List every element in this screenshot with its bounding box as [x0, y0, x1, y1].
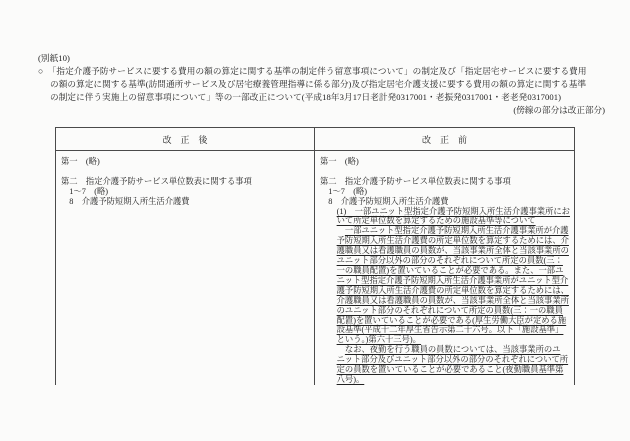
text-line: 8 介護予防短期入所生活介護費: [320, 197, 570, 207]
text-line: 介護職員又は看護職員の員数が、当該事業所全体と当該事業所: [320, 296, 570, 306]
text-line: 予防短期入所生活介護費の所定単位数を算定するためには、介: [320, 236, 570, 246]
text-line: いて所定単位数を算定するための施設基準等について: [320, 216, 570, 226]
attachment-label: (別紙10): [38, 52, 605, 65]
comparison-table-body: 第一 (略) 第二 指定介護予防サービス単位数表に関する事項 1～7 (略) 8…: [56, 151, 574, 385]
comparison-table: 改 正 後 改 正 前 第一 (略) 第二 指定介護予防サービス単位数表に関する…: [55, 127, 575, 385]
document-title-line-3: の制定に伴う実施上の留意事項について」等の一部改正について(平成18年3月17日…: [38, 91, 605, 104]
text-line: 8 介護予防短期入所生活介護費: [61, 197, 310, 207]
text-line: (1) 一部ユニット型指定介護予防短期入所生活介護事業所にお: [320, 207, 570, 217]
revised-before-column: 第一 (略) 第二 指定介護予防サービス単位数表に関する事項 1～7 (略) 8…: [315, 151, 574, 385]
text-line: ニット部分及びユニット部分以外の部分のそれぞれについて所: [320, 355, 570, 365]
text-line: 配置)を置いていることが必要である(厚生労働大臣が定める施: [320, 316, 570, 326]
text-line: という。)第六十三号)。: [320, 335, 570, 345]
revised-after-column: 第一 (略) 第二 指定介護予防サービス単位数表に関する事項 1～7 (略) 8…: [56, 151, 315, 385]
comparison-table-header-row: 改 正 後 改 正 前: [56, 128, 574, 151]
text-line: なお、夜勤を行う職員の員数については、当該事業所のユ: [320, 345, 570, 355]
text-line: 定の員数を置いていることが必要であること(夜勤職員基準第: [320, 365, 570, 375]
text-line: 八号)。: [320, 375, 570, 385]
text-line: 第二 指定介護予防サービス単位数表に関する事項: [320, 177, 570, 187]
document-header: (別紙10) ○ 「指定介護予防サービスに要する費用の額の算定に関する基準の制定…: [38, 52, 605, 117]
text-line: 一の職員配置)を置いていることが必要である。また、一部ユ: [320, 266, 570, 276]
text-line: 護予防短期入所生活介護費の所定単位数を算定するためには、: [320, 286, 570, 296]
text-line: ユニット部分以外の部分のそれぞれについて所定の員数(三：: [320, 256, 570, 266]
text-line: [320, 167, 570, 177]
text-line: 一部ユニット型指定介護予防短期入所生活介護事業所が介護: [320, 226, 570, 236]
document-title-line-2: の額の算定に関する基準(訪問通所サービス及び居宅療養管理指導に係る部分)及び指定…: [38, 78, 605, 91]
text-line: 第一 (略): [320, 157, 570, 167]
text-line: 第二 指定介護予防サービス単位数表に関する事項: [61, 177, 310, 187]
text-line: ニット型指定介護予防短期入所生活介護事業所がユニット型介: [320, 276, 570, 286]
text-line: 護職員又は看護職員の員数が、当該事業所全体と当該事業所の: [320, 246, 570, 256]
revision-note: (傍線の部分は改正部分): [38, 104, 605, 117]
text-line: 設基準(平成十二年厚生省告示第二十六号。以下「施設基準」: [320, 325, 570, 335]
text-line: [61, 167, 310, 177]
column-header-before: 改 正 前: [315, 128, 574, 150]
text-line: 1～7 (略): [320, 187, 570, 197]
text-line: 第一 (略): [61, 157, 310, 167]
document-title-line-1: ○ 「指定介護予防サービスに要する費用の額の算定に関する基準の制定伴う留意事項に…: [38, 65, 605, 78]
text-line: 1～7 (略): [61, 187, 310, 197]
column-header-after: 改 正 後: [56, 128, 315, 150]
text-line: のユニット部分のそれぞれについて所定の員数(三：一の職員: [320, 306, 570, 316]
